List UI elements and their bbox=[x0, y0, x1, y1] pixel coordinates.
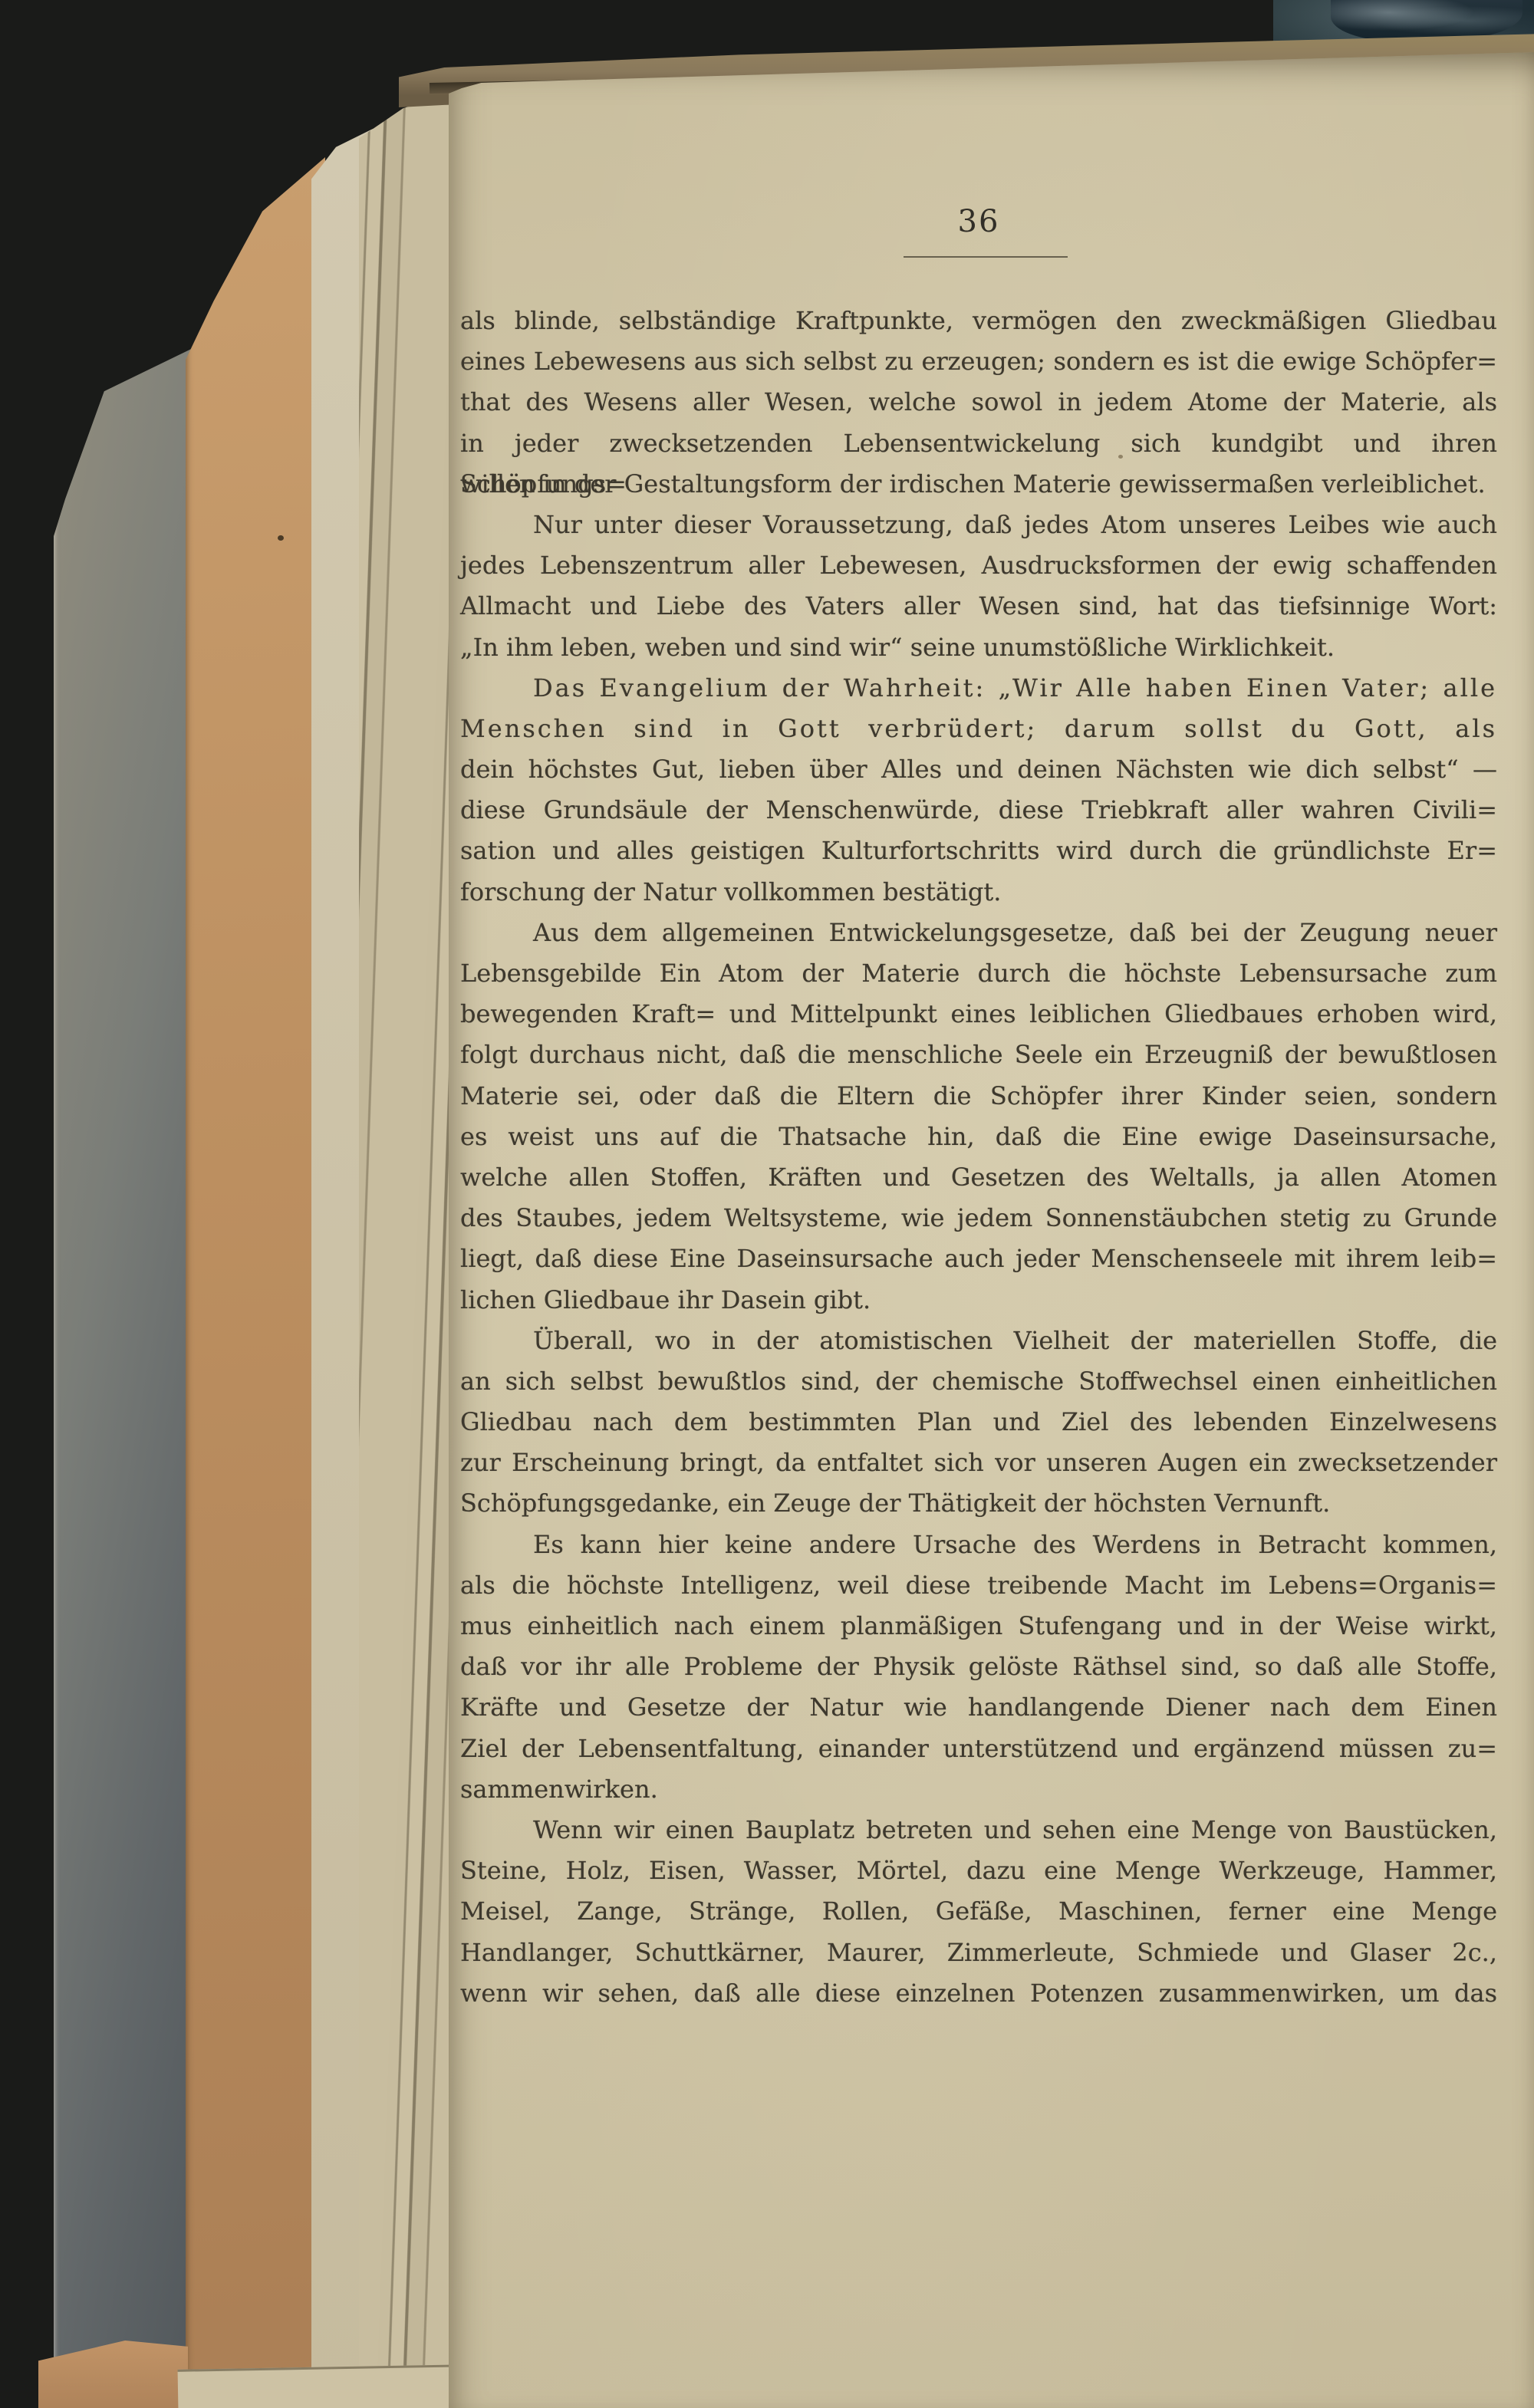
text-line: Materie sei, oder daß die Eltern die Sch… bbox=[460, 1076, 1497, 1117]
text-block: als blinde, selbständige Kraftpunkte, ve… bbox=[460, 301, 1497, 2014]
text-line: Das Evangelium der Wahrheit: „Wir Alle h… bbox=[460, 668, 1497, 709]
text-line: Es kann hier keine andere Ursache des We… bbox=[460, 1525, 1497, 1565]
text-line: Wenn wir einen Bauplatz betreten und seh… bbox=[460, 1810, 1497, 1850]
text-line: lichen Gliedbaue ihr Dasein gibt. bbox=[460, 1280, 1497, 1321]
text-line: forschung der Natur vollkommen bestätigt… bbox=[460, 872, 1497, 913]
page-edge-gray bbox=[54, 337, 198, 2408]
text-line: eines Lebewesens aus sich selbst zu erze… bbox=[460, 341, 1497, 382]
text-line: bewegenden Kraft= und Mittelpunkt eines … bbox=[460, 994, 1497, 1035]
text-line: daß vor ihr alle Probleme der Physik gel… bbox=[460, 1646, 1497, 1687]
page-edge-wrinkled bbox=[359, 92, 457, 2408]
text-line: Handlanger, Schuttkärner, Maurer, Zimmer… bbox=[460, 1933, 1497, 1973]
text-line: Steine, Holz, Eisen, Wasser, Mörtel, daz… bbox=[460, 1850, 1497, 1891]
text-line: Menschen sind in Gott verbrüdert; darum … bbox=[460, 709, 1497, 749]
text-line: Nur unter dieser Voraussetzung, daß jede… bbox=[460, 505, 1497, 545]
paper-speck bbox=[1118, 455, 1123, 459]
text-line: „In ihm leben, weben und sind wir“ seine… bbox=[460, 627, 1497, 668]
text-line: sammenwirken. bbox=[460, 1769, 1497, 1810]
paper-speck bbox=[278, 535, 284, 541]
text-line: sation und alles geistigen Kulturfortsch… bbox=[460, 831, 1497, 871]
text-line: folgt durchaus nicht, daß die menschlich… bbox=[460, 1035, 1497, 1075]
text-line: dein höchstes Gut, lieben über Alles und… bbox=[460, 749, 1497, 790]
text-line: mus einheitlich nach einem planmäßigen S… bbox=[460, 1606, 1497, 1646]
text-line: jedes Lebenszentrum aller Lebewesen, Aus… bbox=[460, 545, 1497, 586]
text-line: Allmacht und Liebe des Vaters aller Wese… bbox=[460, 586, 1497, 627]
text-line: Kräfte und Gesetze der Natur wie handlan… bbox=[460, 1687, 1497, 1728]
text-line: Aus dem allgemeinen Entwickelungsgesetze… bbox=[460, 913, 1497, 953]
text-line: zur Erscheinung bringt, da entfaltet sic… bbox=[460, 1442, 1497, 1483]
page-edge-tan bbox=[186, 157, 325, 2408]
text-line: des Staubes, jedem Weltsysteme, wie jede… bbox=[460, 1198, 1497, 1239]
text-line: wenn wir sehen, daß alle diese einzelnen… bbox=[460, 1973, 1497, 2014]
page-number-rule bbox=[904, 256, 1068, 258]
text-line: Schöpfungsgedanke, ein Zeuge der Thätigk… bbox=[460, 1483, 1497, 1524]
text-line: als blinde, selbständige Kraftpunkte, ve… bbox=[460, 301, 1497, 341]
text-line: that des Wesens aller Wesen, welche sowo… bbox=[460, 382, 1497, 423]
text-line: Ziel der Lebensentfaltung, einander unte… bbox=[460, 1729, 1497, 1769]
book-page: 36 als blinde, selbständige Kraftpunkte,… bbox=[449, 52, 1534, 2408]
page-number: 36 bbox=[460, 204, 1497, 239]
text-line: liegt, daß diese Eine Daseinsursache auc… bbox=[460, 1239, 1497, 1279]
text-line: als die höchste Intelligenz, weil diese … bbox=[460, 1565, 1497, 1606]
text-line: Überall, wo in der atomistischen Vielhei… bbox=[460, 1321, 1497, 1361]
text-line: welche allen Stoffen, Kräften und Gesetz… bbox=[460, 1157, 1497, 1198]
text-line: Meisel, Zange, Stränge, Rollen, Gefäße, … bbox=[460, 1891, 1497, 1932]
text-line: willen in der Gestaltungsform der irdisc… bbox=[460, 464, 1497, 505]
text-line: Lebensgebilde Ein Atom der Materie durch… bbox=[460, 953, 1497, 994]
text-line: diese Grundsäule der Menschenwürde, dies… bbox=[460, 790, 1497, 831]
book-photo: 36 als blinde, selbständige Kraftpunkte,… bbox=[0, 0, 1534, 2408]
text-line: es weist uns auf die Thatsache hin, daß … bbox=[460, 1117, 1497, 1157]
text-line: an sich selbst bewußtlos sind, der chemi… bbox=[460, 1361, 1497, 1402]
text-line: Gliedbau nach dem bestimmten Plan und Zi… bbox=[460, 1402, 1497, 1442]
text-line: in jeder zwecksetzenden Lebensentwickelu… bbox=[460, 423, 1497, 464]
